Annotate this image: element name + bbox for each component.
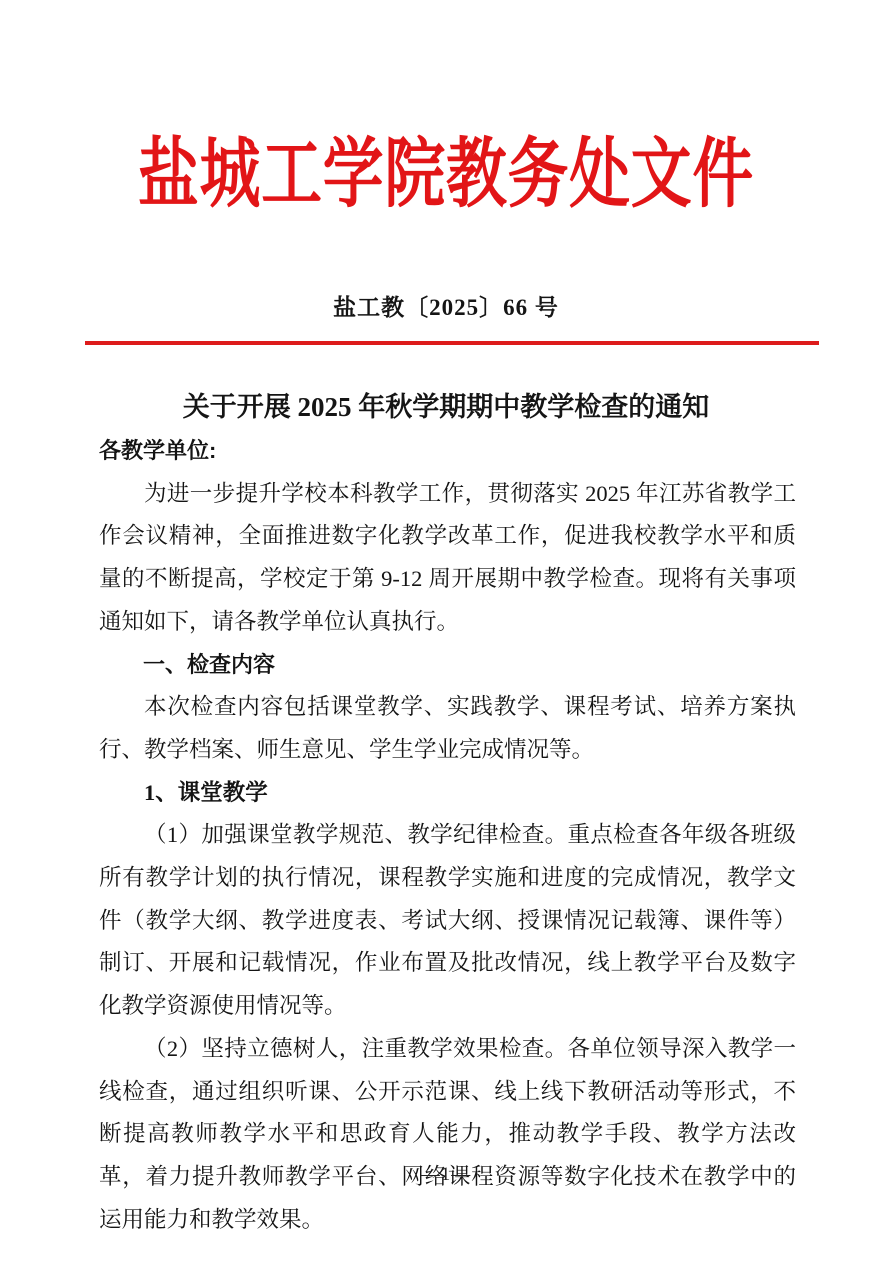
- subsection-1-heading: 1、课堂教学: [99, 772, 796, 815]
- red-divider-line: [85, 341, 819, 345]
- section-1-paragraph: 本次检查内容包括课堂教学、实践教学、课程考试、培养方案执行、教学档案、师生意见、…: [99, 686, 796, 771]
- item-1-paragraph: （1）加强课堂教学规范、教学纪律检查。重点检查各年级各班级所有教学计划的执行情况…: [99, 814, 796, 1028]
- document-title: 关于开展 2025 年秋学期期中教学检查的通知: [0, 385, 892, 424]
- item-2-paragraph: （2）坚持立德树人，注重教学效果检查。各单位领导深入教学一线检查，通过组织听课、…: [99, 1028, 796, 1242]
- salutation: 各教学单位:: [99, 430, 796, 473]
- intro-paragraph: 为进一步提升学校本科教学工作，贯彻落实 2025 年江苏省教学工作会议精神，全面…: [99, 473, 796, 644]
- page-number: —1—: [0, 1164, 892, 1186]
- document-body: 各教学单位: 为进一步提升学校本科教学工作，贯彻落实 2025 年江苏省教学工作…: [99, 430, 796, 1241]
- red-letterhead-title: 盐城工学院教务处文件: [89, 134, 803, 218]
- document-page: 盐城工学院教务处文件 盐工教〔2025〕66 号 关于开展 2025 年秋学期期…: [0, 0, 892, 1262]
- document-number: 盐工教〔2025〕66 号: [0, 289, 892, 322]
- section-1-heading: 一、检查内容: [99, 644, 796, 687]
